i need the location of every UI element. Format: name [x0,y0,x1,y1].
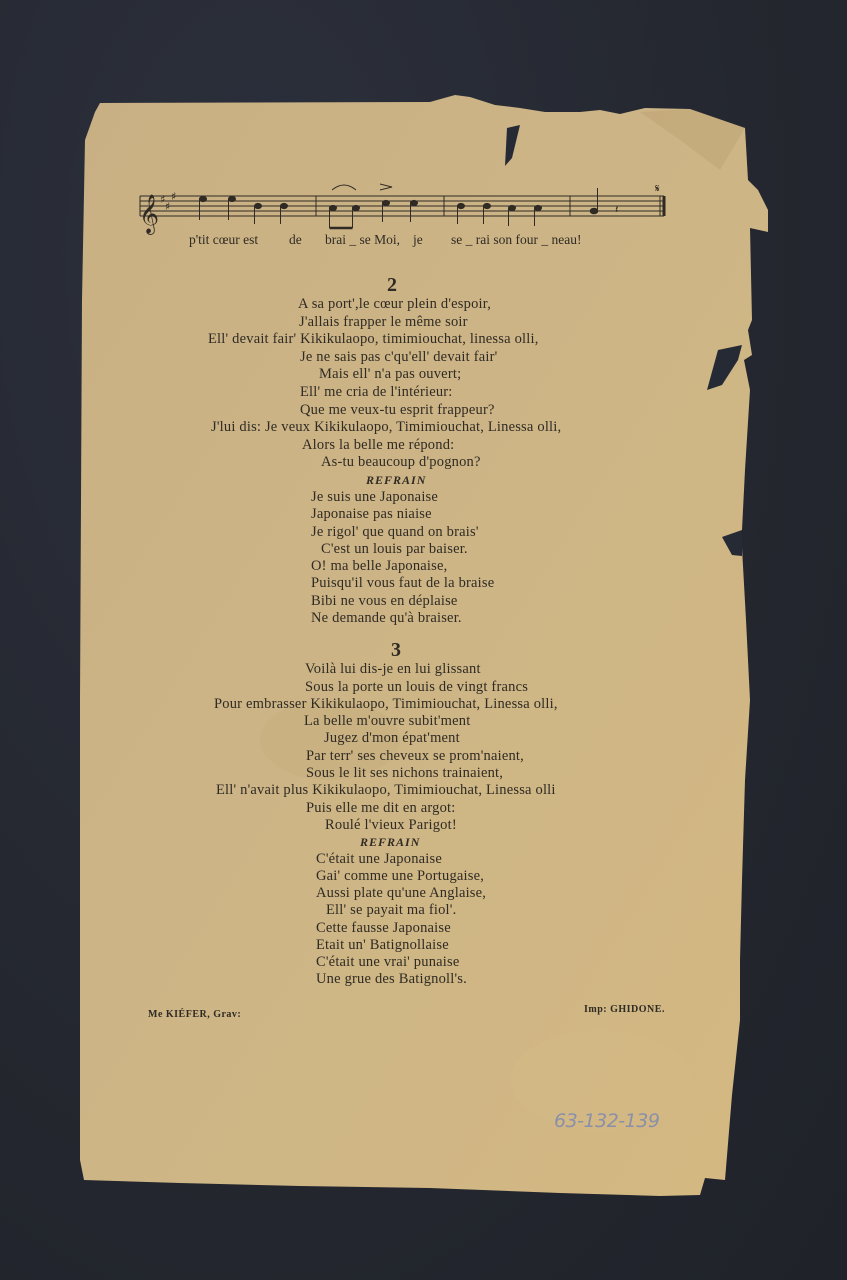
staff-lyric: brai _ se Moi, [325,232,400,248]
verse-line: Alors la belle me répond: [302,437,454,454]
printer-credit: Imp: GHIDONE. [584,1004,665,1015]
refrain-line: Cette fausse Japonaise [316,920,451,937]
refrain-line: Ne demande qu'à braiser. [311,610,462,627]
verse-line: Ell' n'avait plus Kikikulaopo, Timimiouc… [216,782,556,799]
refrain-line: Aussi plate qu'une Anglaise, [316,885,486,902]
verse-number: 3 [391,639,401,662]
staff-lyric: p'tit cœur est [189,232,258,248]
refrain-line: Bibi ne vous en déplaise [311,593,458,610]
verse-line: Je ne sais pas c'qu'ell' devait fair' [300,349,497,366]
verse-number: 2 [387,274,397,297]
verse-line: Ell' devait fair' Kikikulaopo, timimiouc… [208,331,539,348]
staff-lyric: de [289,232,302,248]
verse-line: Puis elle me dit en argot: [306,800,456,817]
engraver-credit: Me KIÉFER, Grav: [148,1009,241,1020]
verse-line: J'allais frapper le même soir [299,314,468,331]
refrain-label: REFRAIN [360,835,420,850]
verse-line: Pour embrasser Kikikulaopo, Timimiouchat… [214,696,558,713]
verse-line: La belle m'ouvre subit'ment [304,713,470,730]
refrain-line: Etait un' Batignollaise [316,937,449,954]
verse-line: Jugez d'mon épat'ment [324,730,460,747]
verse-line: Sous la porte un louis de vingt francs [305,679,528,696]
song-text: p'tit cœur est de brai _ se Moi, je se _… [0,0,847,1280]
verse-line: Que me veux-tu esprit frappeur? [300,402,495,419]
verse-line: J'lui dis: Je veux Kikikulaopo, Timimiou… [211,419,561,436]
verse-line: A sa port',le cœur plein d'espoir, [298,296,491,313]
refrain-line: Gai' comme une Portugaise, [316,868,484,885]
refrain-line: C'était une vrai' punaise [316,954,460,971]
refrain-label: REFRAIN [366,473,426,488]
refrain-line: O! ma belle Japonaise, [311,558,447,575]
verse-line: Par terr' ses cheveux se prom'naient, [306,748,524,765]
refrain-line: Je rigol' que quand on brais' [311,524,479,541]
refrain-line: Une grue des Batignoll's. [316,971,467,988]
verse-line: As-tu beaucoup d'pognon? [321,454,481,471]
staff-lyric: se _ rai son four _ neau! [451,232,581,248]
verse-line: Mais ell' n'a pas ouvert; [319,366,461,383]
staff-lyric: je [413,232,423,248]
verse-line: Ell' me cria de l'intérieur: [300,384,453,401]
catalog-number: 63-132-139 [554,1110,659,1132]
verse-line: Voilà lui dis-je en lui glissant [305,661,481,678]
refrain-line: C'est un louis par baiser. [321,541,468,558]
refrain-line: Ell' se payait ma fiol'. [326,902,456,919]
refrain-line: Puisqu'il vous faut de la braise [311,575,494,592]
refrain-line: Je suis une Japonaise [311,489,438,506]
refrain-line: Japonaise pas niaise [311,506,432,523]
verse-line: Sous le lit ses nichons trainaient, [306,765,503,782]
verse-line: Roulé l'vieux Parigot! [325,817,457,834]
refrain-line: C'était une Japonaise [316,851,442,868]
